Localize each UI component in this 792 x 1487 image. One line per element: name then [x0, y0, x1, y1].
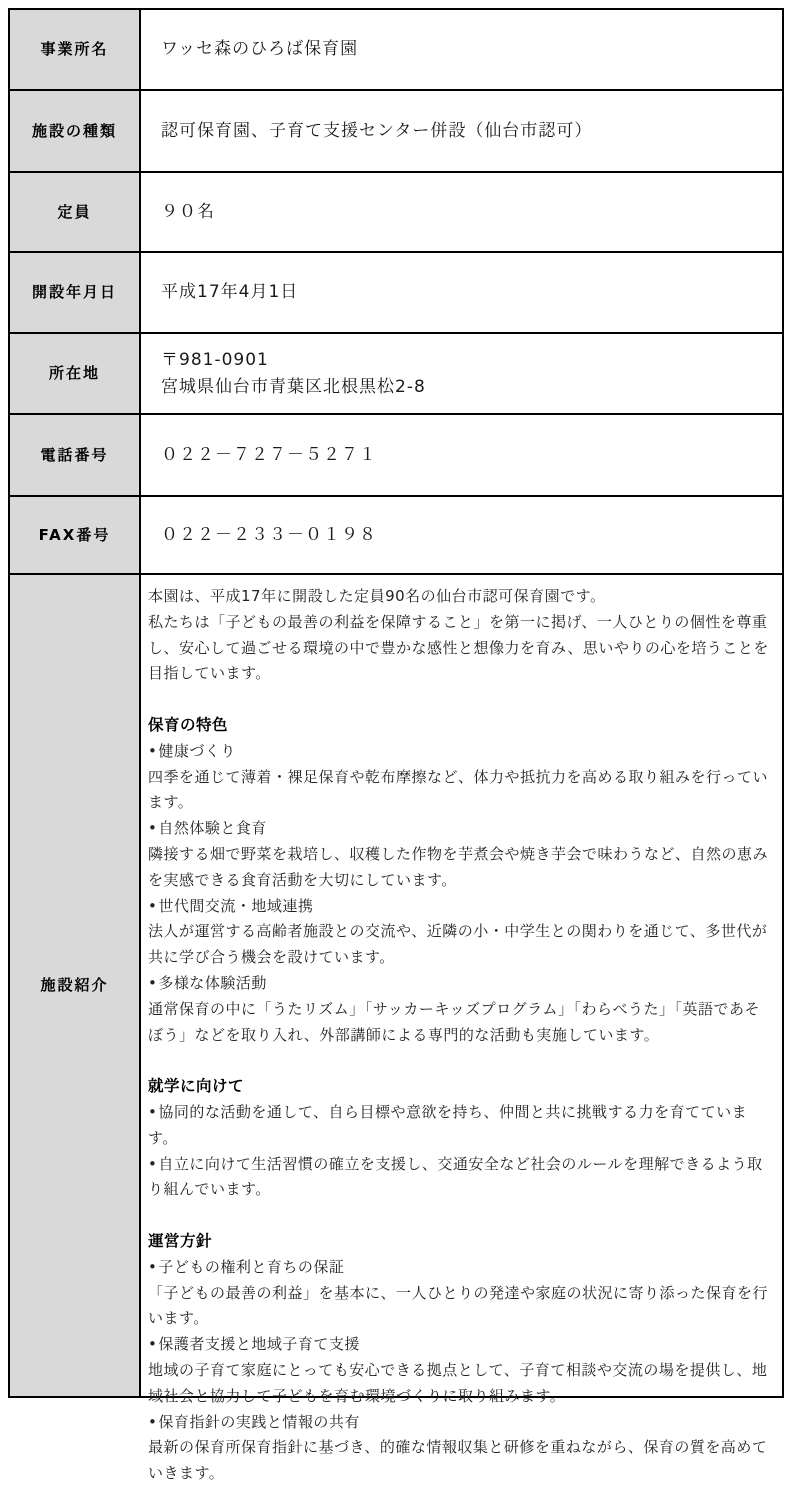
table-row: 施設の種類 認可保育園、子育て支援センター併設（仙台市認可）	[10, 91, 782, 173]
bullet-title: 子どもの権利と育ちの保証	[148, 1255, 774, 1281]
bullet-body: 自立に向けて生活習慣の確立を支援し、交通安全など社会のルールを理解できるよう取り…	[148, 1152, 774, 1204]
row-label-fax: FAX番号	[10, 497, 141, 573]
bullet-title: 世代間交流・地域連携	[148, 894, 774, 920]
row-label-address: 所在地	[10, 334, 141, 413]
row-value-opening-date: 平成17年4月1日	[141, 253, 782, 332]
table-row-intro: 施設紹介 本園は、平成17年に開設した定員90名の仙台市認可保育園です。 私たち…	[10, 575, 782, 1396]
bullet-title: 保育指針の実践と情報の共有	[148, 1410, 774, 1436]
bullet-body: 最新の保育所保育指針に基づき、的確な情報収集と研修を重ねながら、保育の質を高めて…	[148, 1435, 774, 1487]
address-text: 宮城県仙台市青葉区北根黒松2-8	[161, 374, 768, 400]
table-row: FAX番号 ０２２－２３３－０１９８	[10, 497, 782, 575]
facility-info-table: 事業所名 ワッセ森のひろば保育園 施設の種類 認可保育園、子育て支援センター併設…	[8, 8, 784, 1398]
capacity-text: ９０名	[161, 199, 768, 225]
row-label-facility-type: 施設の種類	[10, 91, 141, 171]
bullet-title: 保護者支援と地域子育て支援	[148, 1332, 774, 1358]
table-row: 事業所名 ワッセ森のひろば保育園	[10, 10, 782, 91]
bullet-body: 法人が運営する高齢者施設との交流や、近隣の小・中学生との関わりを通じて、多世代が…	[148, 919, 774, 971]
bullet-body: 地域の子育て家庭にとっても安心できる拠点として、子育て相談や交流の場を提供し、地…	[148, 1358, 774, 1410]
bullet-body: 四季を通じて薄着・裸足保育や乾布摩擦など、体力や抵抗力を高める取り組みを行ってい…	[148, 765, 774, 817]
row-label-opening-date: 開設年月日	[10, 253, 141, 332]
phone-number-text: ０２２－７２７－５２７１	[161, 442, 768, 468]
bullet-title: 多様な体験活動	[148, 971, 774, 997]
row-value-address: 〒981-0901 宮城県仙台市青葉区北根黒松2-8	[141, 334, 782, 413]
table-row: 電話番号 ０２２－７２７－５２７１	[10, 415, 782, 497]
row-value-fax: ０２２－２３３－０１９８	[141, 497, 782, 573]
opening-date-text: 平成17年4月1日	[161, 279, 768, 305]
bullet-title: 自然体験と食育	[148, 816, 774, 842]
table-row: 開設年月日 平成17年4月1日	[10, 253, 782, 334]
row-value-phone: ０２２－７２７－５２７１	[141, 415, 782, 495]
intro-paragraph-line: 私たちは「子どもの最善の利益を保障すること」を第一に掲げ、一人ひとりの個性を尊重…	[148, 610, 774, 687]
row-label-phone: 電話番号	[10, 415, 141, 495]
section-heading-management-policy: 運営方針	[148, 1229, 774, 1255]
facility-intro-content: 本園は、平成17年に開設した定員90名の仙台市認可保育園です。 私たちは「子ども…	[141, 575, 782, 1396]
facility-type-text: 認可保育園、子育て支援センター併設（仙台市認可）	[161, 118, 768, 144]
row-value-facility-type: 認可保育園、子育て支援センター併設（仙台市認可）	[141, 91, 782, 171]
bullet-body: 「子どもの最善の利益」を基本に、一人ひとりの発達や家庭の状況に寄り添った保育を行…	[148, 1281, 774, 1333]
row-value-capacity: ９０名	[141, 173, 782, 251]
row-label-intro: 施設紹介	[10, 575, 141, 1396]
table-row: 定員 ９０名	[10, 173, 782, 253]
business-name-text: ワッセ森のひろば保育園	[161, 36, 768, 62]
row-label-business-name: 事業所名	[10, 10, 141, 89]
bullet-title: 健康づくり	[148, 739, 774, 765]
section-heading-childcare-features: 保育の特色	[148, 713, 774, 739]
table-row: 所在地 〒981-0901 宮城県仙台市青葉区北根黒松2-8	[10, 334, 782, 415]
bullet-body: 通常保育の中に「うたリズム」「サッカーキッズプログラム」「わらべうた」「英語であ…	[148, 997, 774, 1049]
fax-number-text: ０２２－２３３－０１９８	[161, 522, 768, 548]
bullet-body: 隣接する畑で野菜を栽培し、収穫した作物を芋煮会や焼き芋会で味わうなど、自然の恵み…	[148, 842, 774, 894]
bullet-body: 協同的な活動を通して、自ら目標や意欲を持ち、仲間と共に挑戦する力を育てています。	[148, 1100, 774, 1152]
row-value-business-name: ワッセ森のひろば保育園	[141, 10, 782, 89]
section-heading-toward-school: 就学に向けて	[148, 1074, 774, 1100]
intro-paragraph-line: 本園は、平成17年に開設した定員90名の仙台市認可保育園です。	[148, 584, 774, 610]
postal-code-text: 〒981-0901	[161, 347, 768, 373]
row-label-capacity: 定員	[10, 173, 141, 251]
